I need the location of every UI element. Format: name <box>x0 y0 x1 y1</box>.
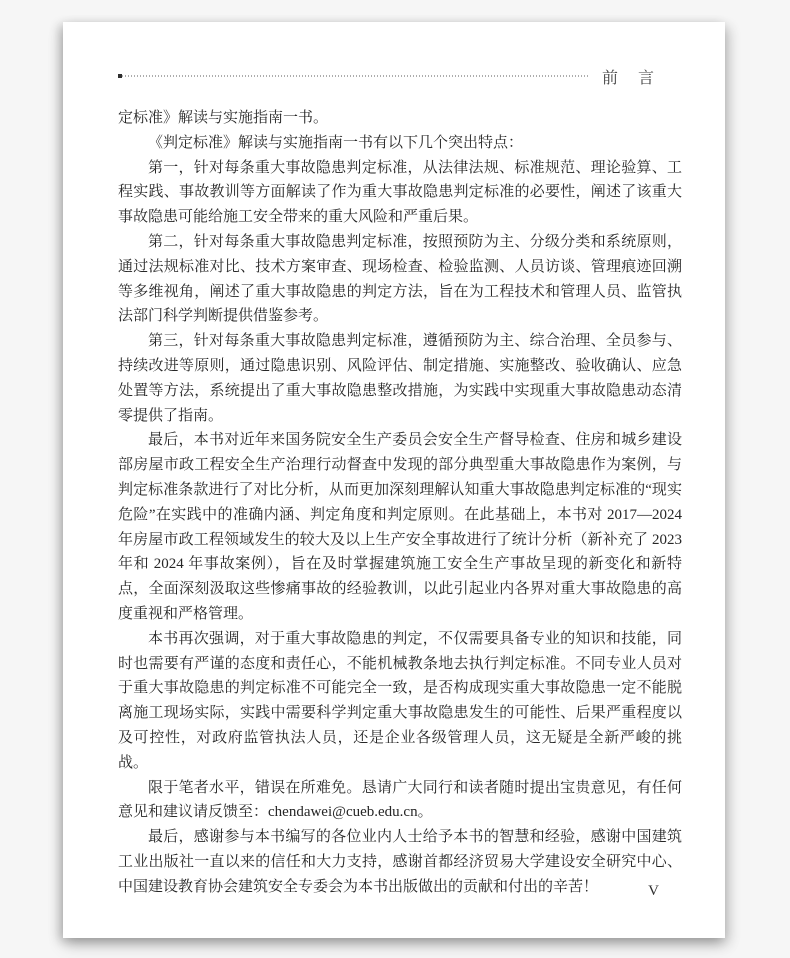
page-header-title: 前 言 <box>602 65 656 88</box>
page-header: 前 言 <box>118 68 656 84</box>
paragraph: 第一，针对每条重大事故隐患判定标准，从法律法规、标准规范、理论验算、工程实践、事… <box>118 156 682 230</box>
page-number: V <box>648 883 659 900</box>
header-leader-line <box>122 75 589 77</box>
page-body: 定标准》解读与实施指南一书。 《判定标准》解读与实施指南一书有以下几个突出特点：… <box>118 106 682 900</box>
paragraph: 《判定标准》解读与实施指南一书有以下几个突出特点： <box>118 131 682 156</box>
paragraph-continuation: 定标准》解读与实施指南一书。 <box>118 106 682 131</box>
paragraph: 第三，针对每条重大事故隐患判定标准，遵循预防为主、综合治理、全员参与、持续改进等… <box>118 329 682 428</box>
book-page: 前 言 定标准》解读与实施指南一书。 《判定标准》解读与实施指南一书有以下几个突… <box>63 22 725 938</box>
paragraph: 限于笔者水平，错误在所难免。恳请广大同行和读者随时提出宝贵意见，有任何意见和建议… <box>118 776 682 826</box>
paragraph: 本书再次强调，对于重大事故隐患的判定，不仅需要具备专业的知识和技能，同时也需要有… <box>118 627 682 776</box>
paragraph: 最后，感谢参与本书编写的各位业内人士给予本书的智慧和经验，感谢中国建筑工业出版社… <box>118 825 682 899</box>
paragraph: 第二，针对每条重大事故隐患判定标准，按照预防为主、分级分类和系统原则，通过法规标… <box>118 230 682 329</box>
paragraph: 最后，本书对近年来国务院安全生产委员会安全生产督导检查、住房和城乡建设部房屋市政… <box>118 428 682 626</box>
